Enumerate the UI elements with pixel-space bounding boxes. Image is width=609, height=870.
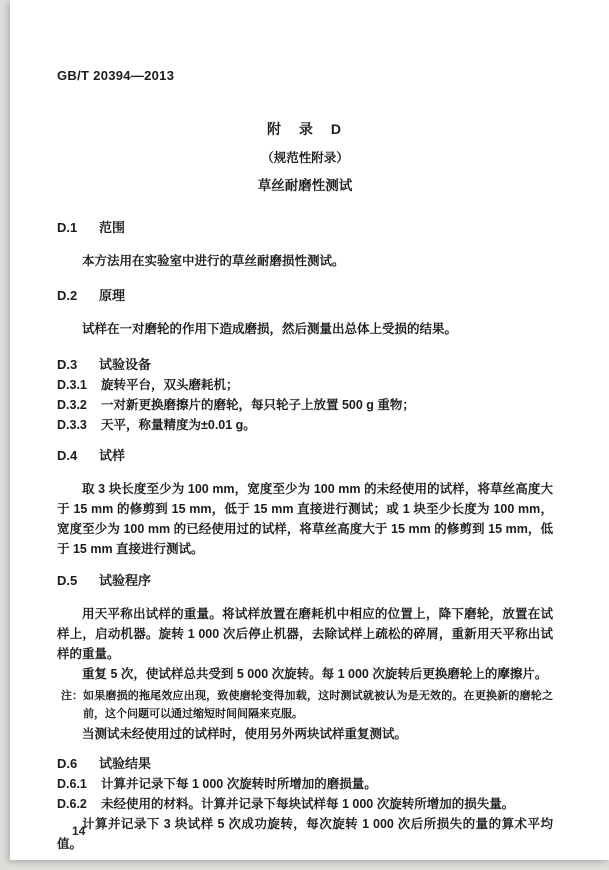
- page-number: 14: [72, 824, 85, 838]
- standard-number-header: GB/T 20394—2013: [57, 68, 553, 83]
- section-d4-specimen: D.4 试样 取 3 块长度至少为 100 mm，宽度至少为 100 mm 的未…: [57, 446, 553, 559]
- list-item: D.3.1 旋转平台，双头磨耗机；: [57, 375, 553, 395]
- appendix-label: 附 录 D: [57, 119, 553, 139]
- section-d4-heading: D.4 试样: [57, 446, 553, 466]
- item-number: D.3.1: [57, 375, 101, 395]
- appendix-type: （规范性附录）: [57, 148, 553, 166]
- section-title: 试验结果: [99, 754, 151, 774]
- section-d2-principle: D.2 原理 试样在一对磨轮的作用下造成磨损，然后测量出总体上受损的结果。: [57, 286, 553, 339]
- appendix-title-block: 附 录 D （规范性附录） 草丝耐磨性测试: [57, 119, 553, 194]
- item-text: 计算并记录下每 1 000 次旋转时所增加的磨损量。: [101, 774, 553, 794]
- scanned-document: GB/T 20394—2013 附 录 D （规范性附录） 草丝耐磨性测试 D.…: [0, 0, 609, 870]
- section-d5-paragraph-1: 用天平称出试样的重量。将试样放置在磨耗机中相应的位置上，降下磨轮，放置在试样上，…: [57, 604, 553, 664]
- item-text: 未经使用的材料。计算并记录下每块试样每 1 000 次旋转所增加的损失量。: [101, 794, 553, 814]
- section-number: D.4: [57, 446, 99, 466]
- section-d4-body: 取 3 块长度至少为 100 mm，宽度至少为 100 mm 的未经使用的试样，…: [57, 479, 553, 559]
- section-title: 试验程序: [99, 571, 151, 591]
- section-title: 试验设备: [99, 355, 151, 375]
- section-d6-closing-paragraph: 计算并记录下 3 块试样 5 次成功旋转，每次旋转 1 000 次后所损失的量的…: [57, 814, 553, 854]
- section-title: 范围: [99, 218, 125, 238]
- section-d6-results: D.6 试验结果 D.6.1 计算并记录下每 1 000 次旋转时所增加的磨损量…: [57, 754, 553, 854]
- item-number: D.6.2: [57, 794, 101, 814]
- note-label: 注：: [61, 687, 83, 723]
- item-number: D.3.2: [57, 395, 101, 415]
- section-number: D.5: [57, 571, 99, 591]
- section-d5-heading: D.5 试验程序: [57, 571, 553, 591]
- section-d2-heading: D.2 原理: [57, 286, 553, 306]
- section-d3-equipment: D.3 试验设备 D.3.1 旋转平台，双头磨耗机； D.3.2 一对新更换磨擦…: [57, 355, 553, 435]
- section-title: 试样: [99, 446, 125, 466]
- list-item: D.3.2 一对新更换磨擦片的磨轮，每只轮子上放置 500 g 重物；: [57, 395, 553, 415]
- list-item: D.6.2 未经使用的材料。计算并记录下每块试样每 1 000 次旋转所增加的损…: [57, 794, 553, 814]
- section-d5-procedure: D.5 试验程序 用天平称出试样的重量。将试样放置在磨耗机中相应的位置上，降下磨…: [57, 571, 553, 744]
- section-d1-scope: D.1 范围 本方法用在实验室中进行的草丝耐磨损性测试。: [57, 218, 553, 271]
- section-d6-heading: D.6 试验结果: [57, 754, 553, 774]
- section-number: D.1: [57, 218, 99, 238]
- section-d5-paragraph-3: 当测试未经使用过的试样时，使用另外两块试样重复测试。: [57, 724, 553, 744]
- section-d1-body: 本方法用在实验室中进行的草丝耐磨损性测试。: [57, 251, 553, 271]
- list-item: D.6.1 计算并记录下每 1 000 次旋转时所增加的磨损量。: [57, 774, 553, 794]
- section-d5-paragraph-2: 重复 5 次，使试样总共受到 5 000 次旋转。每 1 000 次旋转后更换磨…: [57, 664, 553, 684]
- item-number: D.6.1: [57, 774, 101, 794]
- note-text: 如果磨损的拖尾效应出现，致使磨轮变得加载，这时测试就被认为是无效的。在更换新的磨…: [83, 687, 553, 723]
- document-page: GB/T 20394—2013 附 录 D （规范性附录） 草丝耐磨性测试 D.…: [10, 0, 609, 860]
- section-d1-heading: D.1 范围: [57, 218, 553, 238]
- section-number: D.3: [57, 355, 99, 375]
- appendix-name: 草丝耐磨性测试: [57, 174, 553, 194]
- item-text: 一对新更换磨擦片的磨轮，每只轮子上放置 500 g 重物；: [101, 395, 553, 415]
- note: 注： 如果磨损的拖尾效应出现，致使磨轮变得加载，这时测试就被认为是无效的。在更换…: [61, 687, 553, 723]
- page-content: GB/T 20394—2013 附 录 D （规范性附录） 草丝耐磨性测试 D.…: [57, 0, 553, 854]
- section-d3-heading: D.3 试验设备: [57, 355, 553, 375]
- section-d2-body: 试样在一对磨轮的作用下造成磨损，然后测量出总体上受损的结果。: [57, 319, 553, 339]
- list-item: D.3.3 天平，称量精度为±0.01 g。: [57, 415, 553, 435]
- item-text: 旋转平台，双头磨耗机；: [101, 375, 553, 395]
- item-text: 天平，称量精度为±0.01 g。: [101, 415, 553, 435]
- item-number: D.3.3: [57, 415, 101, 435]
- section-title: 原理: [99, 286, 125, 306]
- section-number: D.2: [57, 286, 99, 306]
- section-number: D.6: [57, 754, 99, 774]
